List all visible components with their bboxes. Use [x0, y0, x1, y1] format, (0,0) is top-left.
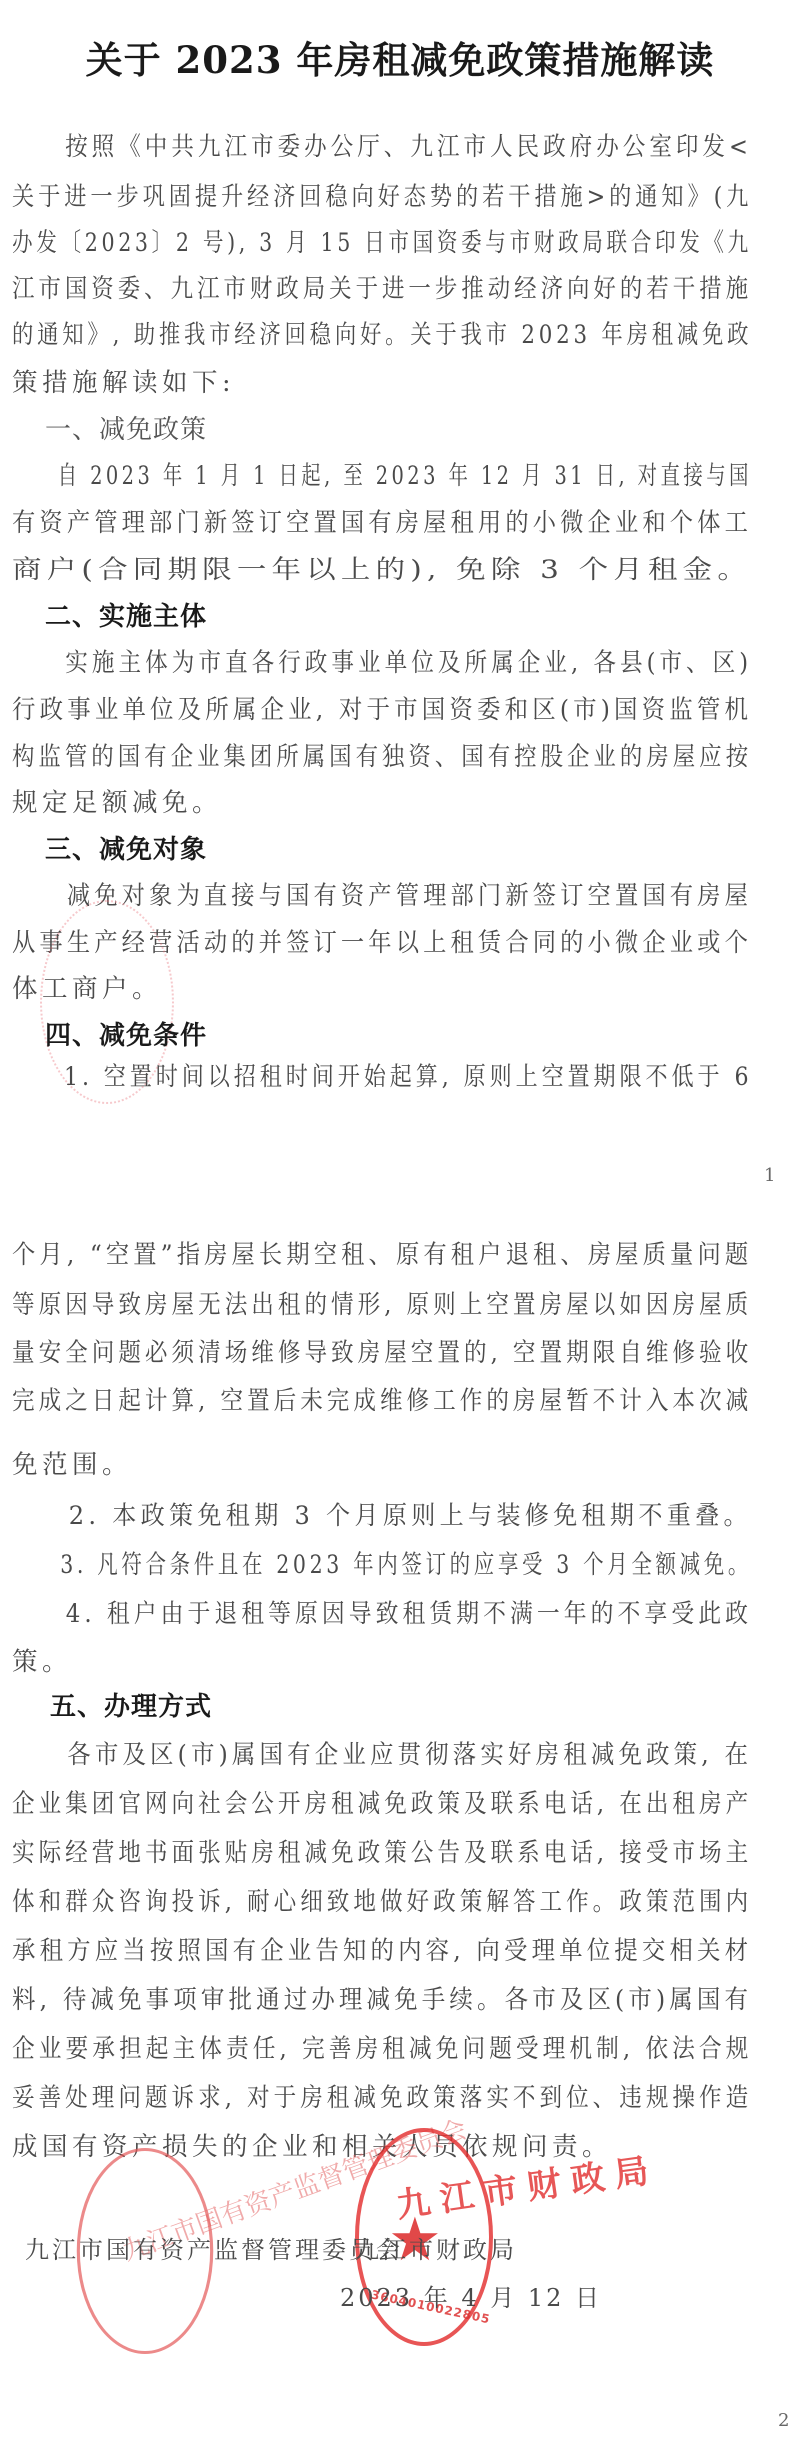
section-line: 实际经营地书面张贴房租减免政策公告及联系电话, 接受市场主 — [12, 1836, 446, 1870]
signature-left-org: 九江市国有资产监督管理委员会 — [25, 2230, 403, 2265]
section-line: 企业要承担起主体责任, 完善房租减免问题受理机制, 依法合规 — [12, 2032, 449, 2066]
section-line: 免范围。 — [12, 1448, 502, 1482]
page-number-1: 1 — [764, 1165, 775, 1186]
document-title: 关于 2023 年房租减免政策措施解读 — [0, 30, 800, 84]
section-line: 实施主体为市直各行政事业单位及所属企业, 各县(市、区) — [12, 646, 447, 680]
section-line: 自 2023 年 1 月 1 日起, 至 2023 年 12 月 31 日, 对… — [12, 459, 385, 493]
section-heading-3: 三、减免对象 — [45, 833, 535, 867]
section-line: 妥善处理问题诉求, 对于房租减免政策落实不到位、违规操作造 — [12, 2081, 446, 2115]
intro-line: 办发〔2023〕2 号), 3 月 15 日市国资委与市财政局联合印发《九 — [12, 226, 408, 260]
section-line: 量安全问题必须清场维修导致房屋空置的, 空置期限自维修验收 — [12, 1336, 446, 1370]
intro-line: 按照《中共九江市委办公厅、九江市人民政府办公室印发< — [12, 130, 446, 164]
section-line: 1. 空置时间以招租时间开始起算, 原则上空置期限不低于 6 — [12, 1060, 437, 1094]
section-line: 行政事业单位及所属企业, 对于市国资委和区(市)国资监管机 — [12, 693, 463, 727]
section-heading-5: 五、办理方式 — [50, 1690, 540, 1724]
section-line: 策。 — [12, 1645, 502, 1679]
section-heading-4: 四、减免条件 — [45, 1019, 535, 1053]
intro-line: 江市国资委、九江市财政局关于进一步推动经济向好的若干措施 — [12, 272, 444, 306]
section-line: 商户(合同期限一年以上的), 免除 3 个月租金。 — [12, 553, 579, 587]
section-line: 体和群众咨询投诉, 耐心细致地做好政策解答工作。政策范围内 — [12, 1885, 446, 1919]
signature-date: 2023 年 4 月 12 日 — [340, 2278, 602, 2313]
section-line: 等原因导致房屋无法出租的情形, 原则上空置房屋以如因房屋质 — [12, 1288, 446, 1322]
section-line: 各市及区(市)属国有企业应贯彻落实好房租减免政策, 在 — [12, 1738, 463, 1772]
section-heading-1: 一、减免政策 — [45, 413, 535, 447]
intro-line: 的通知》, 助推我市经济回稳向好。关于我市 2023 年房租减免政 — [12, 318, 423, 352]
section-line: 料, 待减免事项审批通过办理减免手续。各市及区(市)属国有 — [12, 1983, 463, 2017]
section-heading-2: 二、实施主体 — [45, 600, 535, 634]
section-line: 4. 租户由于退租等原因导致租赁期不满一年的不享受此政 — [12, 1597, 451, 1631]
section-line: 个月, “空置”指房屋长期空租、原有租户退租、房屋质量问题 — [12, 1238, 460, 1272]
signature-right-org: 九江市财政局 — [355, 2230, 517, 2265]
section-line: 有资产管理部门新签订空置国有房屋租用的小微企业和个体工 — [12, 506, 460, 540]
section-line: 规定足额减免。 — [12, 786, 502, 820]
section-line: 企业集团官网向社会公开房租减免政策及联系电话, 在出租房产 — [12, 1787, 446, 1821]
section-line: 3. 凡符合条件且在 2023 年内签订的应享受 3 个月全额减免。 — [12, 1548, 406, 1582]
section-line: 完成之日起计算, 空置后未完成维修工作的房屋暂不计入本次减 — [12, 1384, 446, 1418]
intro-line: 策措施解读如下: — [12, 366, 502, 400]
section-line: 承租方应当按照国有企业告知的内容, 向受理单位提交相关材 — [12, 1934, 462, 1968]
page-number-2: 2 — [778, 2410, 789, 2431]
intro-line: 关于进一步巩固提升经济回稳向好态势的若干措施>的通知》(九 — [12, 180, 439, 214]
section-line: 2. 本政策免租期 3 个月原则上与装修免租期不重叠。 — [12, 1499, 476, 1533]
section-line: 构监管的国有企业集团所属国有独资、国有控股企业的房屋应按 — [12, 740, 444, 774]
